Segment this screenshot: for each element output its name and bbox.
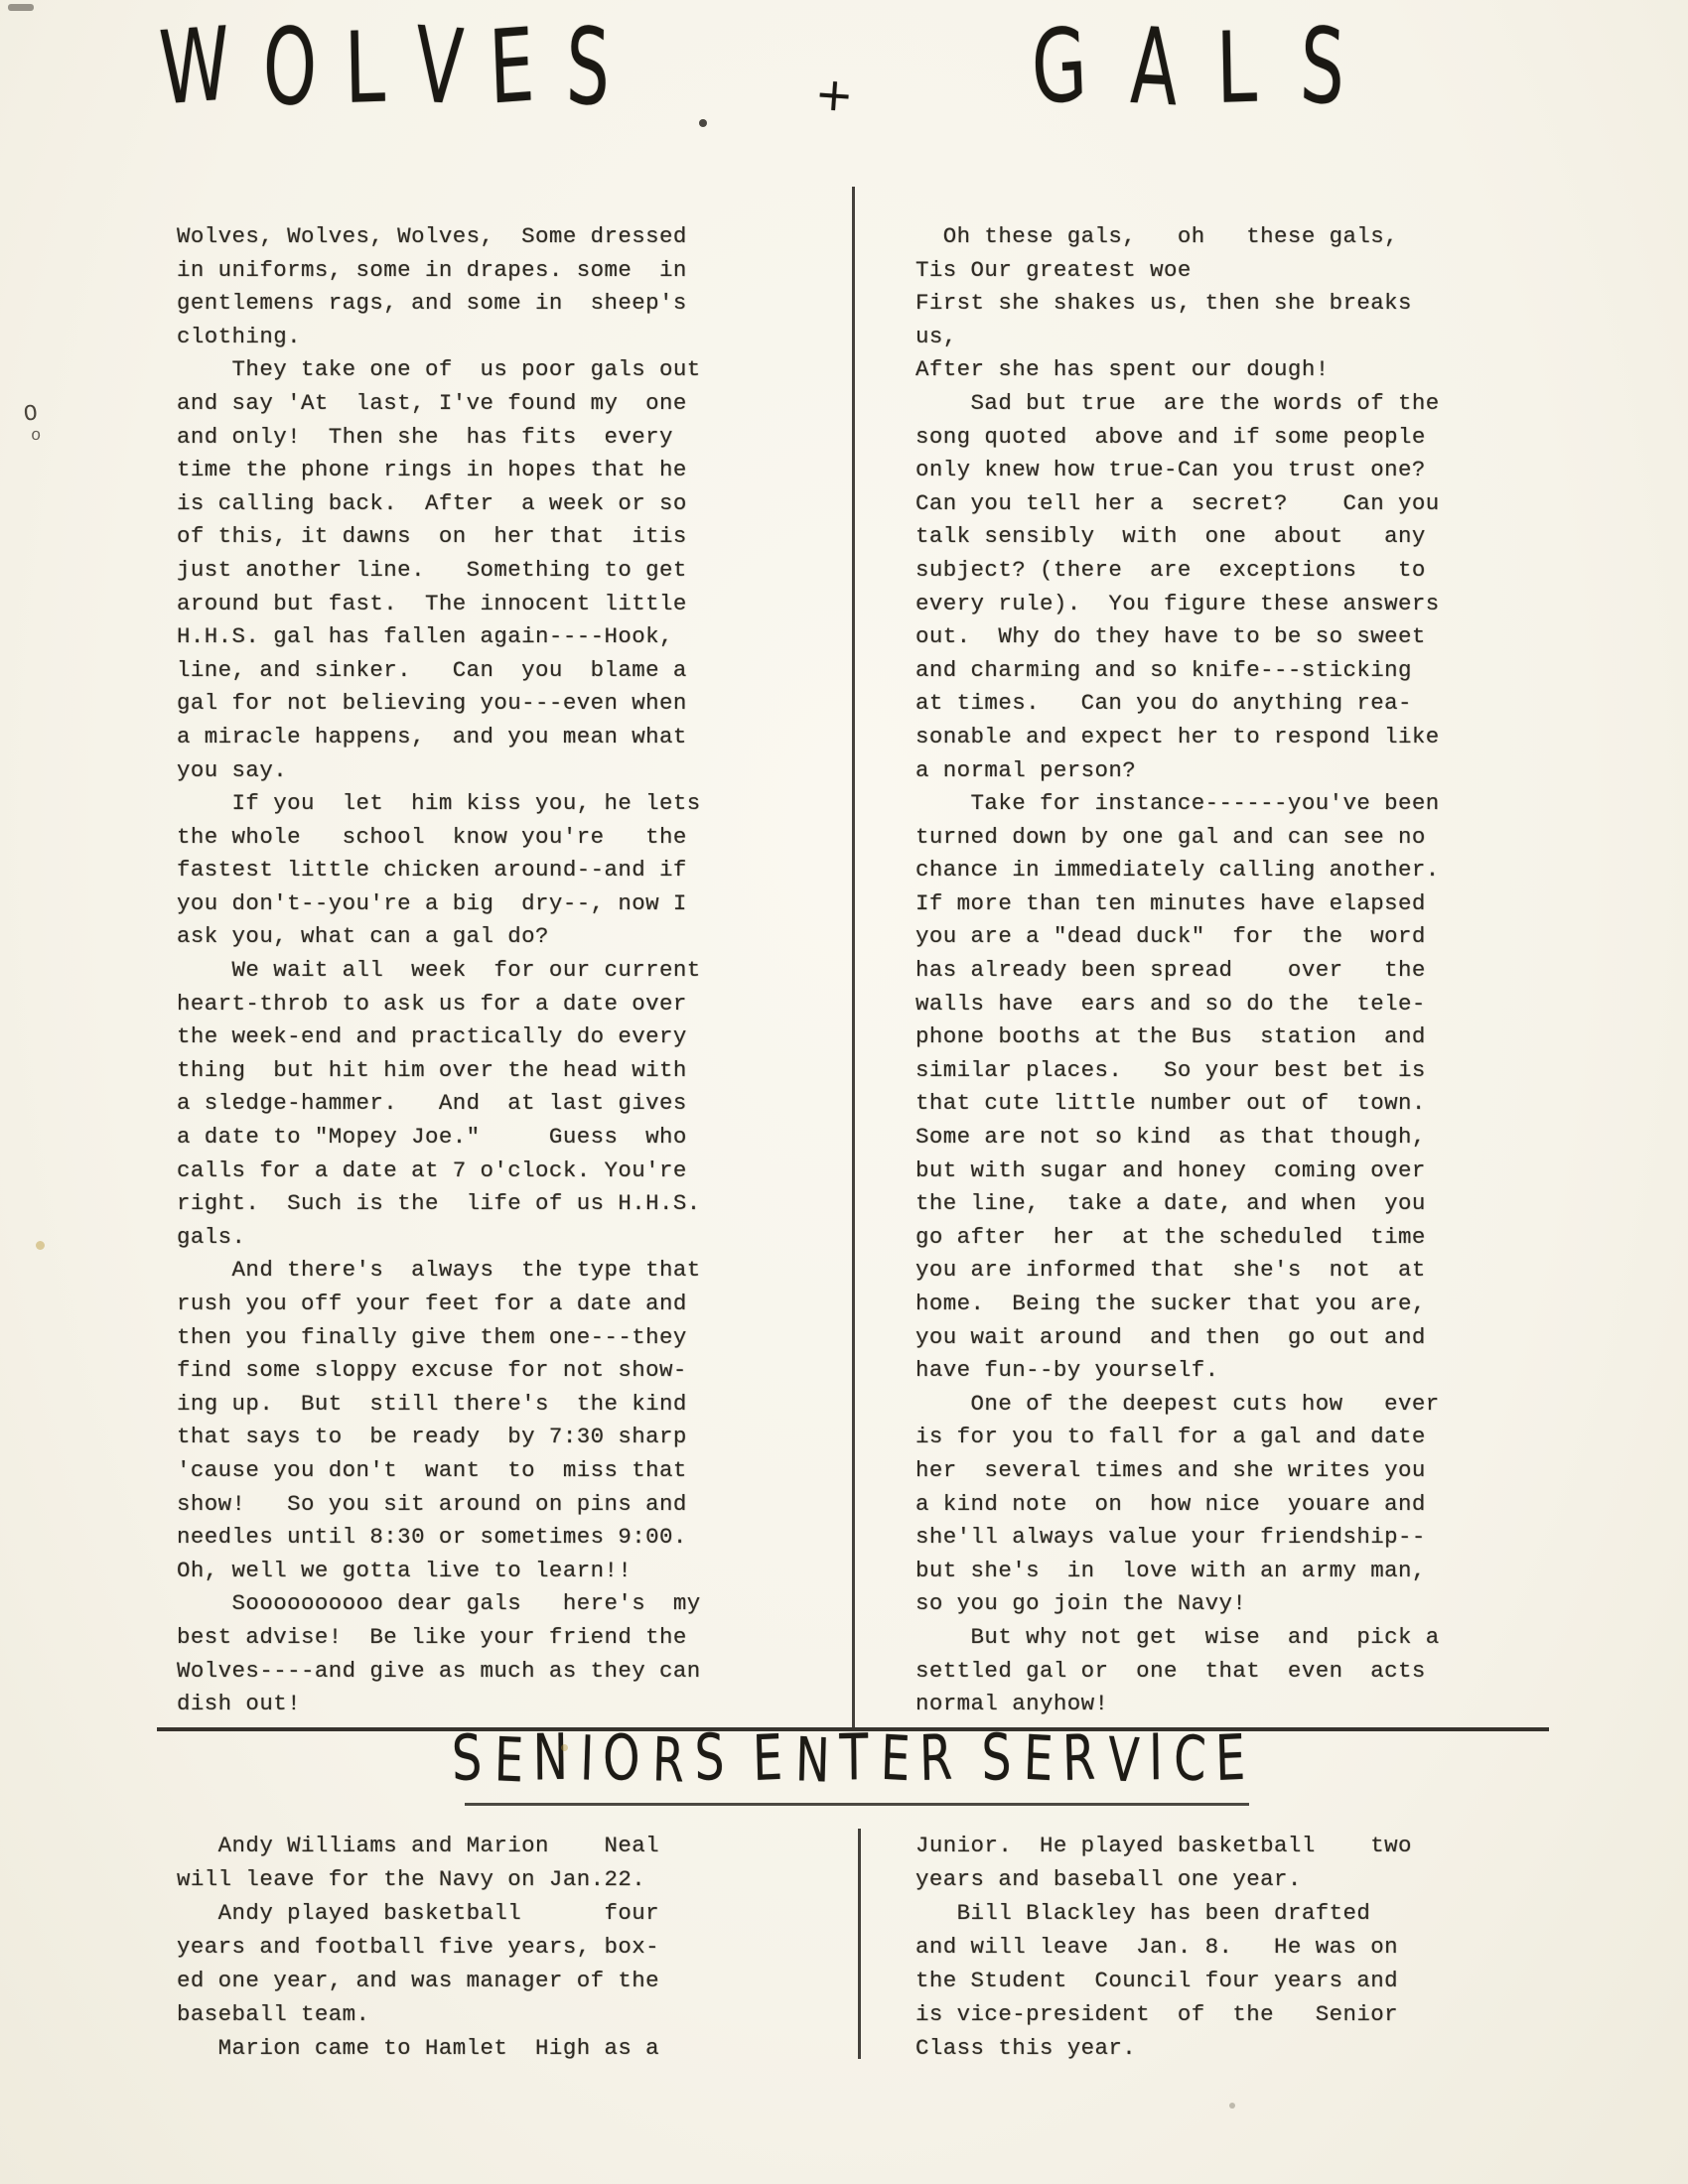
wolves-gals-left-column: Wolves, Wolves, Wolves, Some dressed in … bbox=[177, 220, 701, 1721]
seniors-headline-underline bbox=[465, 1803, 1249, 1806]
paper-speck bbox=[561, 1744, 568, 1751]
seniors-left-column: Andy Williams and Marion Neal will leave… bbox=[177, 1829, 659, 2065]
paper-speck bbox=[36, 1241, 45, 1250]
masthead: WOLVES + GALS bbox=[159, 34, 1382, 151]
seniors-headline: SENIORS ENTER SERVICE bbox=[452, 1735, 1256, 1801]
ink-dot-after-masthead bbox=[699, 119, 707, 127]
margin-mark: o bbox=[30, 427, 42, 447]
column-divider-line bbox=[852, 187, 855, 1727]
wolves-gals-right-column: Oh these gals, oh these gals, Tis Our gr… bbox=[915, 220, 1440, 1721]
margin-mark: O bbox=[23, 400, 39, 427]
scan-edge-mark bbox=[8, 4, 34, 11]
paper-speck bbox=[1229, 2103, 1235, 2109]
bottom-column-divider-line bbox=[858, 1829, 861, 2059]
plus-sign: + bbox=[813, 67, 855, 123]
newspaper-page: WOLVES + GALS Wolves, Wolves, Wolves, So… bbox=[0, 0, 1688, 2184]
masthead-word-wolves: WOLVES bbox=[159, 34, 637, 122]
masthead-word-gals: GALS bbox=[1032, 34, 1383, 122]
seniors-right-column: Junior. He played basketball two years a… bbox=[915, 1829, 1412, 2065]
